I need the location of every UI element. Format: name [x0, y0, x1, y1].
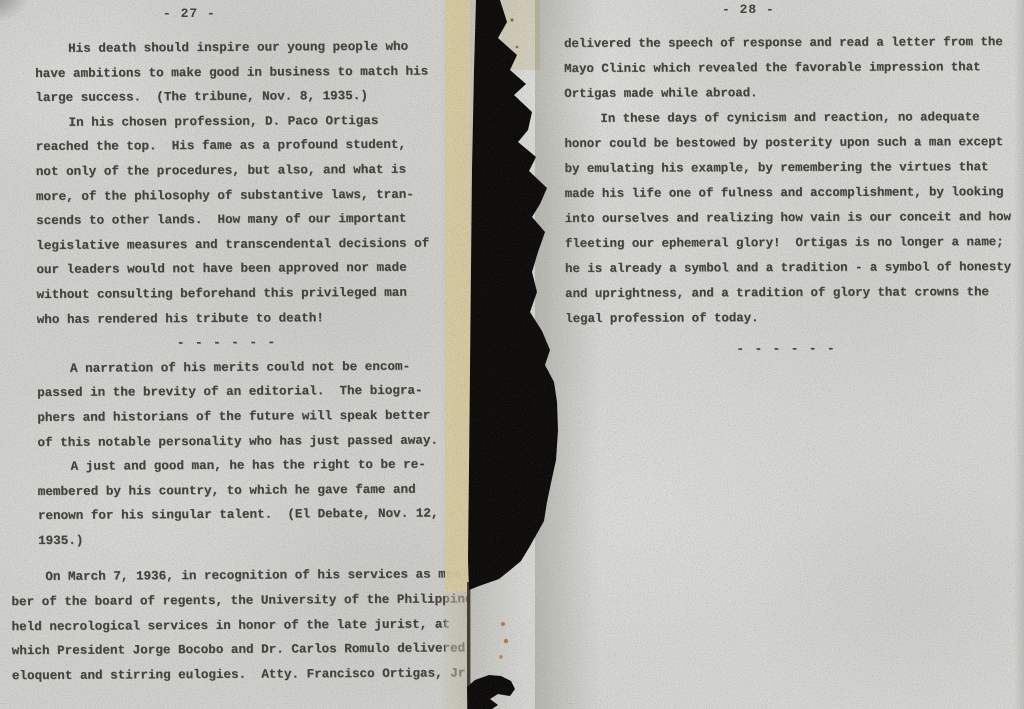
text-line: honor could be bestowed by posterity upo…	[564, 130, 1014, 157]
text-line: and uprightness, and a tradition of glor…	[565, 280, 1015, 307]
text-line: legislative measures and transcendental …	[36, 231, 434, 258]
paragraph: His death should inspire our young peopl…	[35, 35, 433, 111]
text-line: A just and good man, he has the right to…	[38, 453, 436, 480]
text-line: without consulting beforehand this privi…	[37, 281, 435, 308]
text-line: Mayo Clinic which revealed the favorable…	[564, 55, 1014, 82]
paragraph: delivered the speech of response and rea…	[564, 30, 1014, 107]
text-line: scends to other lands. How many of our i…	[36, 207, 434, 234]
page-number-left: - 27 -	[163, 6, 216, 21]
text-line: not only of the procedures, but also, an…	[36, 158, 434, 185]
page-right: - 28 - delivered the speech of response …	[470, 0, 1024, 709]
text-line: have ambitions to make good in business …	[35, 59, 433, 86]
page-left-text: His death should inspire our young peopl…	[35, 35, 437, 689]
text-line: into ourselves and realizing how vain is…	[565, 205, 1015, 232]
text-line: eloquent and stirring eulogies. Atty. Fr…	[12, 661, 474, 688]
text-line: of this notable personality who has just…	[37, 428, 435, 455]
scanned-document: - 27 - His death should inspire our youn…	[0, 0, 1024, 709]
text-line: fleeting our ephemeral glory! Ortigas is…	[565, 230, 1015, 257]
text-line: held necrological services in honor of t…	[12, 612, 474, 639]
text-line: reached the top. His fame as a profound …	[36, 133, 434, 160]
section-separator: - - - - - -	[565, 336, 1015, 363]
text-line: ber of the board of regents, the Univers…	[11, 587, 473, 614]
paragraph: On March 7, 1936, in recognition of his …	[11, 563, 474, 689]
text-line: who has rendered his tribute to death!	[37, 305, 435, 332]
text-line: he is already a symbol and a tradition -…	[565, 255, 1015, 282]
text-line: On March 7, 1936, in recognition of his …	[11, 563, 473, 590]
paragraph: A narration of his merits could not be e…	[37, 354, 436, 455]
paragraph: A just and good man, he has the right to…	[38, 453, 437, 554]
text-line: His death should inspire our young peopl…	[35, 35, 433, 62]
text-line: legal profession of today.	[565, 305, 1015, 332]
text-line: large success. (The tribune, Nov. 8, 193…	[35, 84, 433, 111]
text-line: made his life one of fulness and accompl…	[565, 180, 1015, 207]
text-line: Ortigas made while abroad.	[564, 80, 1014, 107]
text-line: membered by his country, to which he gav…	[38, 477, 436, 504]
text-line: In these days of cynicism and reaction, …	[564, 105, 1014, 132]
text-line: more, of the philosophy of substantive l…	[36, 182, 434, 209]
text-line: our leaders would not have been approved…	[36, 256, 434, 283]
text-line: passed in the brevity of an editorial. T…	[37, 379, 435, 406]
text-line: In his chosen profession, D. Paco Ortiga…	[35, 108, 433, 135]
paragraph: In his chosen profession, D. Paco Ortiga…	[35, 108, 434, 332]
text-line: delivered the speech of response and rea…	[564, 30, 1014, 57]
page-right-text: delivered the speech of response and rea…	[564, 30, 1015, 363]
text-line: phers and historians of the future will …	[37, 403, 435, 430]
page-left: - 27 - His death should inspire our youn…	[0, 0, 470, 709]
text-line: A narration of his merits could not be e…	[37, 354, 435, 381]
text-line: which President Jorge Bocobo and Dr. Car…	[12, 637, 474, 664]
text-line: 1935.)	[38, 526, 436, 553]
section-separator: - - - - - -	[37, 330, 435, 357]
paragraph: In these days of cynicism and reaction, …	[564, 105, 1015, 332]
text-line: by emulating his example, by remembering…	[565, 155, 1015, 182]
text-line: renown for his singular talent. (El Deba…	[38, 502, 436, 529]
page-number-right: - 28 -	[722, 2, 775, 17]
